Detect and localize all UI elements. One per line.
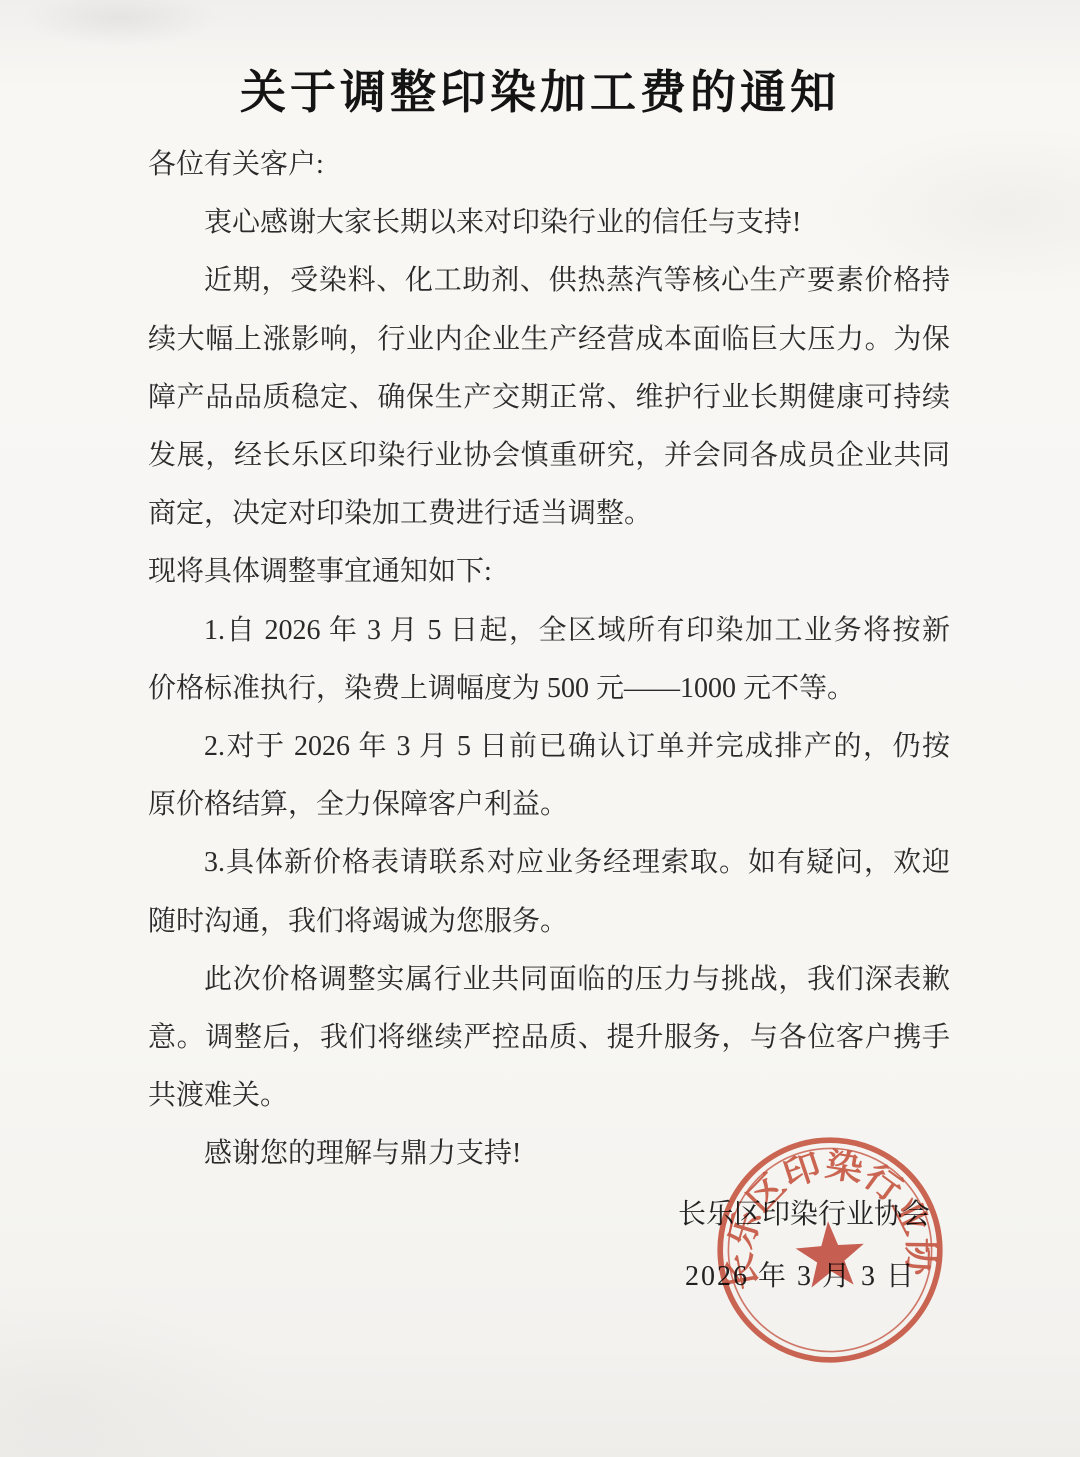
body-line: 近期，受染料、化工助剂、供热蒸汽等核心生产要素价格持 (148, 252, 950, 310)
item-3-line: 3.具体新价格表请联系对应业务经理索取。如有疑问，欢迎 (148, 834, 950, 892)
scanned-notice-page: 关于调整印染加工费的通知 各位有关客户: 衷心感谢大家长期以来对印染行业的信任与… (0, 0, 1080, 1457)
closing-line: 意。调整后，我们将继续严控品质、提升服务，与各位客户携手 (148, 1009, 950, 1067)
item-3-line: 随时沟通，我们将竭诚为您服务。 (148, 893, 950, 951)
closing-line: 此次价格调整实属行业共同面临的压力与挑战，我们深表歉 (148, 951, 950, 1009)
signature-org-name: 长乐区印染行业协会 (148, 1186, 930, 1244)
body-line-thanks: 衷心感谢大家长期以来对印染行业的信任与支持! (148, 194, 950, 252)
closing-line: 共渡难关。 (148, 1067, 950, 1125)
item-2-line: 原价格结算，全力保障客户利益。 (148, 776, 950, 834)
body-line: 障产品品质稳定、确保生产交期正常、维护行业长期健康可持续 (148, 369, 950, 427)
salutation: 各位有关客户: (148, 136, 950, 194)
notice-body: 各位有关客户: 衷心感谢大家长期以来对印染行业的信任与支持! 近期，受染料、化工… (148, 136, 950, 1184)
body-line-intro: 现将具体调整事宜通知如下: (148, 543, 950, 601)
gratitude-line: 感谢您的理解与鼎力支持! (148, 1125, 950, 1183)
body-line: 商定，决定对印染加工费进行适当调整。 (148, 485, 950, 543)
body-line: 发展，经长乐区印染行业协会慎重研究，并会同各成员企业共同 (148, 427, 950, 485)
body-line: 续大幅上涨影响，行业内企业生产经营成本面临巨大压力。为保 (148, 311, 950, 369)
item-1-line: 1.自 2026 年 3 月 5 日起，全区域所有印染加工业务将按新 (148, 602, 950, 660)
signature-date: 2026 年 3 月 3 日 (148, 1248, 930, 1306)
signature-block: 长乐区印染行业协会 2026 年 3 月 3 日 (148, 1186, 930, 1306)
item-2-line: 2.对于 2026 年 3 月 5 日前已确认订单并完成排产的，仍按 (148, 718, 950, 776)
page-title: 关于调整印染加工费的通知 (0, 64, 1080, 120)
item-1-line: 价格标准执行，染费上调幅度为 500 元——1000 元不等。 (148, 660, 950, 718)
